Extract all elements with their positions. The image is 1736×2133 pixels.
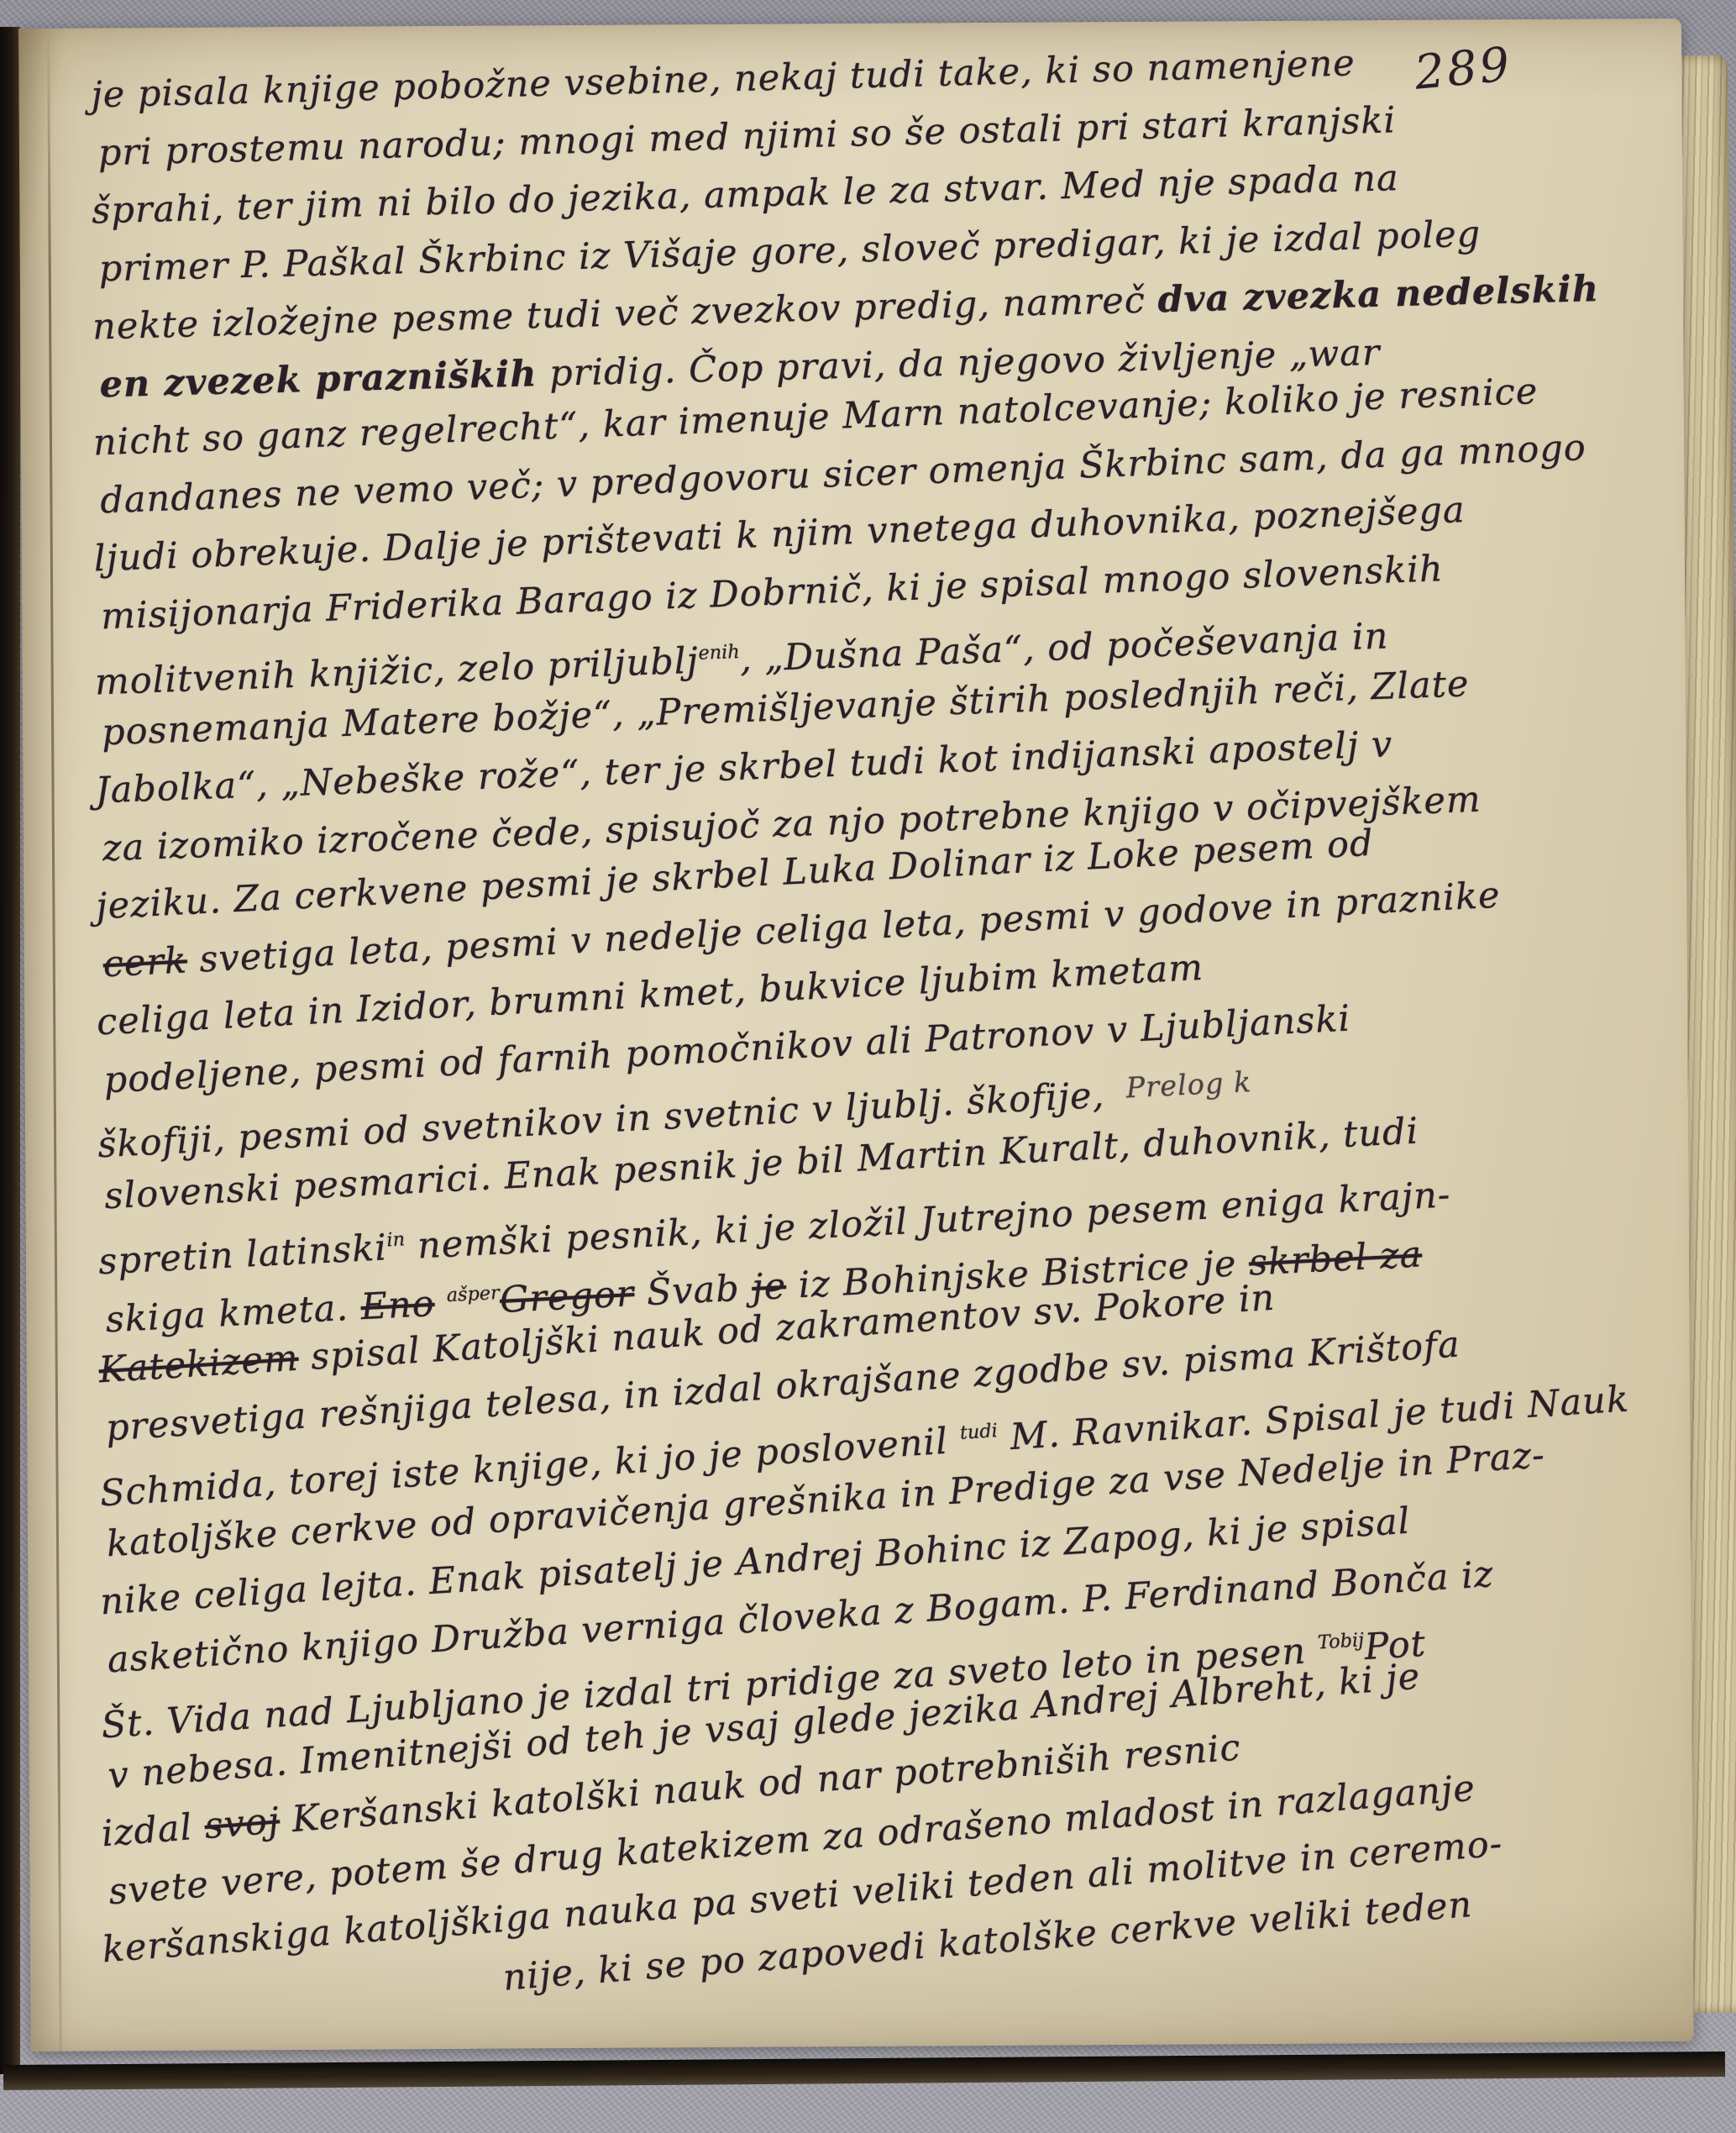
text-segment: en zvezek prazniških [99,353,538,406]
struck-word: Katekizem [97,1337,300,1392]
inserted-word: ašper [446,1282,500,1306]
manuscript-lines: je pisala knjige pobožne vsebine, nekaj … [91,57,1690,2038]
struck-word: svoj [203,1799,281,1847]
inserted-word: Tobij [1317,1629,1365,1653]
text-segment: dva zvezka nedelskih [1157,268,1600,321]
text-segment: izdal [100,1805,206,1855]
margin-note: Prelog k [1104,1065,1253,1106]
book: 289 je pisala knjige pobožne vsebine, ne… [0,22,1736,2090]
book-cover-left-edge [0,27,20,2074]
spine-crease [47,29,62,2052]
inserted-word: in [386,1228,406,1251]
struck-word: cerk [102,939,189,985]
inserted-word: tudi [959,1420,998,1444]
inserted-word: enih [698,641,740,665]
photograph-of-open-book: 289 je pisala knjige pobožne vsebine, ne… [0,0,1736,2133]
manuscript-page: 289 je pisala knjige pobožne vsebine, ne… [18,18,1694,2052]
book-cover-bottom-edge [3,2052,1725,2090]
